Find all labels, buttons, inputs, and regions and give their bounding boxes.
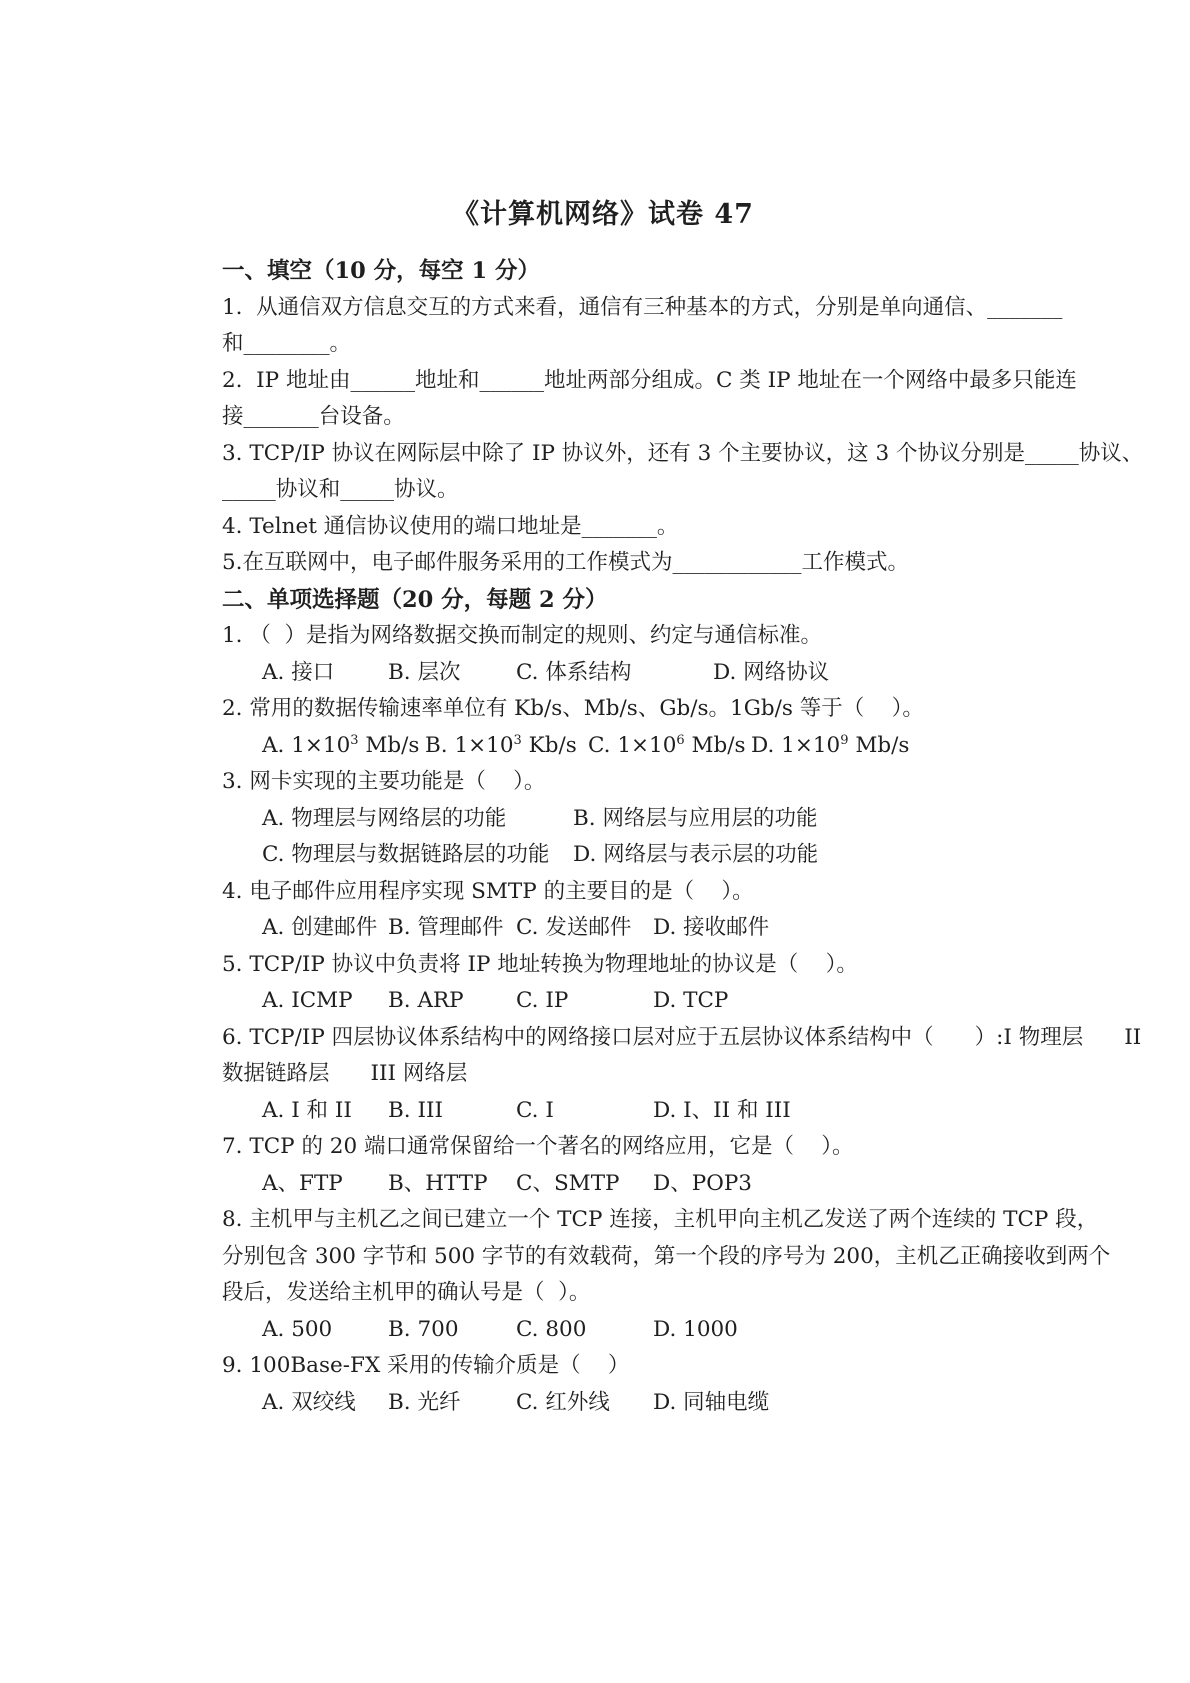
option-d: D、POP3 xyxy=(653,1166,752,1203)
option-a: A. 500 xyxy=(262,1312,388,1349)
s2-question7: 7. TCP 的 20 端口通常保留给一个著名的网络应用，它是（ ）。 xyxy=(222,1129,984,1166)
option-b: B. 网络层与应用层的功能 xyxy=(573,801,817,838)
s2-question5: 5. TCP/IP 协议中负责将 IP 地址转换为物理地址的协议是（ ）。 xyxy=(222,947,984,984)
s2-question1-options: A. 接口 B. 层次 C. 体系结构 D. 网络协议 xyxy=(222,655,984,692)
exponent: 3 xyxy=(514,732,522,747)
option-text: Mb/s xyxy=(359,733,420,758)
option-d: D. 网络协议 xyxy=(713,655,829,692)
option-c: C. IP xyxy=(516,983,653,1020)
option-c: C. 物理层与数据链路层的功能 xyxy=(262,837,573,874)
s2-question2: 2. 常用的数据传输速率单位有 Kb/s、Mb/s、Gb/s。1Gb/s 等于（… xyxy=(222,691,984,728)
s2-question8-options: A. 500 B. 700 C. 800 D. 1000 xyxy=(222,1312,984,1349)
s2-question8-line2: 分别包含 300 字节和 500 字节的有效载荷，第一个段的序号为 200，主机… xyxy=(222,1239,984,1276)
option-a: A. 接口 xyxy=(262,655,388,692)
option-a: A. 双绞线 xyxy=(262,1385,388,1422)
s1-question3-line1: 3. TCP/IP 协议在网际层中除了 IP 协议外，还有 3 个主要协议，这 … xyxy=(222,436,984,473)
option-a: A. 创建邮件 xyxy=(262,910,388,947)
section1-heading: 一、填空（10 分，每空 1 分） xyxy=(222,253,984,290)
option-b: B. 管理邮件 xyxy=(388,910,516,947)
option-d: D. TCP xyxy=(653,983,728,1020)
s2-question6-line1: 6. TCP/IP 四层协议体系结构中的网络接口层对应于五层协议体系结构中（ ）… xyxy=(222,1020,984,1057)
option-a: A. I 和 II xyxy=(262,1093,388,1130)
option-c: C、SMTP xyxy=(516,1166,653,1203)
option-b: B. III xyxy=(388,1093,516,1130)
s2-question9-options: A. 双绞线 B. 光纤 C. 红外线 D. 同轴电缆 xyxy=(222,1385,984,1422)
s2-question6-line2: 数据链路层 III 网络层 xyxy=(222,1056,984,1093)
s2-question8-line3: 段后，发送给主机甲的确认号是（ ）。 xyxy=(222,1275,984,1312)
option-text: A. 1×10 xyxy=(262,733,350,758)
option-c: C. 发送邮件 xyxy=(516,910,653,947)
section2-heading: 二、单项选择题（20 分，每题 2 分） xyxy=(222,582,984,619)
s2-question9: 9. 100Base-FX 采用的传输介质是（ ） xyxy=(222,1348,984,1385)
option-d: D. 1000 xyxy=(653,1312,738,1349)
option-d: D. 同轴电缆 xyxy=(653,1385,769,1422)
option-text: Mb/s xyxy=(848,733,909,758)
s2-question7-options: A、FTP B、HTTP C、SMTP D、POP3 xyxy=(222,1166,984,1203)
option-b: B. 700 xyxy=(388,1312,516,1349)
scanned-exam-sheet: 《计算机网络》试卷 47 一、填空（10 分，每空 1 分） 1. 从通信双方信… xyxy=(0,0,1190,1683)
option-a: A. 物理层与网络层的功能 xyxy=(262,801,573,838)
option-d: D. 接收邮件 xyxy=(653,910,769,947)
exponent: 6 xyxy=(676,732,684,747)
option-b: B、HTTP xyxy=(388,1166,516,1203)
option-b: B. 光纤 xyxy=(388,1385,516,1422)
s2-question3: 3. 网卡实现的主要功能是（ ）。 xyxy=(222,764,984,801)
s1-question1-line1: 1. 从通信双方信息交互的方式来看，通信有三种基本的方式，分别是单向通信、___… xyxy=(222,290,984,327)
option-c: C. I xyxy=(516,1093,653,1130)
s1-question2-line1: 2. IP 地址由______地址和______地址两部分组成。C 类 IP 地… xyxy=(222,363,984,400)
s2-question1: 1. （ ）是指为网络数据交换而制定的规则、约定与通信标准。 xyxy=(222,618,984,655)
option-text: B. 1×10 xyxy=(425,733,514,758)
s2-question8-line1: 8. 主机甲与主机乙之间已建立一个 TCP 连接，主机甲向主机乙发送了两个连续的… xyxy=(222,1202,984,1239)
s2-question3-options-row1: A. 物理层与网络层的功能 B. 网络层与应用层的功能 xyxy=(222,801,984,838)
option-b: B. ARP xyxy=(388,983,516,1020)
option-c: C. 800 xyxy=(516,1312,653,1349)
s1-question2-line2: 接_______台设备。 xyxy=(222,399,984,436)
option-c: C. 红外线 xyxy=(516,1385,653,1422)
s2-question4-options: A. 创建邮件 B. 管理邮件 C. 发送邮件 D. 接收邮件 xyxy=(222,910,984,947)
exponent: 3 xyxy=(350,732,358,747)
s2-question4: 4. 电子邮件应用程序实现 SMTP 的主要目的是（ ）。 xyxy=(222,874,984,911)
option-text: Kb/s xyxy=(522,733,577,758)
option-d: D. 1×109 Mb/s xyxy=(751,728,909,765)
s2-question2-options: A. 1×103 Mb/s B. 1×103 Kb/s C. 1×106 Mb/… xyxy=(222,728,984,765)
option-a: A、FTP xyxy=(262,1166,388,1203)
s1-question3-line2: _____协议和_____协议。 xyxy=(222,472,984,509)
s2-question6-options: A. I 和 II B. III C. I D. I、II 和 III xyxy=(222,1093,984,1130)
option-a: A. ICMP xyxy=(262,983,388,1020)
exam-content: 《计算机网络》试卷 47 一、填空（10 分，每空 1 分） 1. 从通信双方信… xyxy=(222,198,984,1421)
s1-question4: 4. Telnet 通信协议使用的端口地址是_______。 xyxy=(222,509,984,546)
s1-question1-line2: 和________。 xyxy=(222,326,984,363)
option-text: C. 1×10 xyxy=(588,733,676,758)
option-d: D. I、II 和 III xyxy=(653,1093,791,1130)
option-d: D. 网络层与表示层的功能 xyxy=(573,837,818,874)
exam-page: { "colors": { "page_bg": "#ffffff", "tex… xyxy=(0,0,1190,1683)
option-b: B. 层次 xyxy=(388,655,516,692)
option-b: B. 1×103 Kb/s xyxy=(425,728,588,765)
option-c: C. 1×106 Mb/s xyxy=(588,728,751,765)
option-c: C. 体系结构 xyxy=(516,655,713,692)
s2-question5-options: A. ICMP B. ARP C. IP D. TCP xyxy=(222,983,984,1020)
s2-question3-options-row2: C. 物理层与数据链路层的功能 D. 网络层与表示层的功能 xyxy=(222,837,984,874)
option-text: Mb/s xyxy=(685,733,746,758)
exam-title: 《计算机网络》试卷 47 xyxy=(222,198,984,232)
option-text: D. 1×10 xyxy=(751,733,840,758)
s1-question5: 5.在互联网中，电子邮件服务采用的工作模式为____________工作模式。 xyxy=(222,545,984,582)
option-a: A. 1×103 Mb/s xyxy=(262,728,425,765)
